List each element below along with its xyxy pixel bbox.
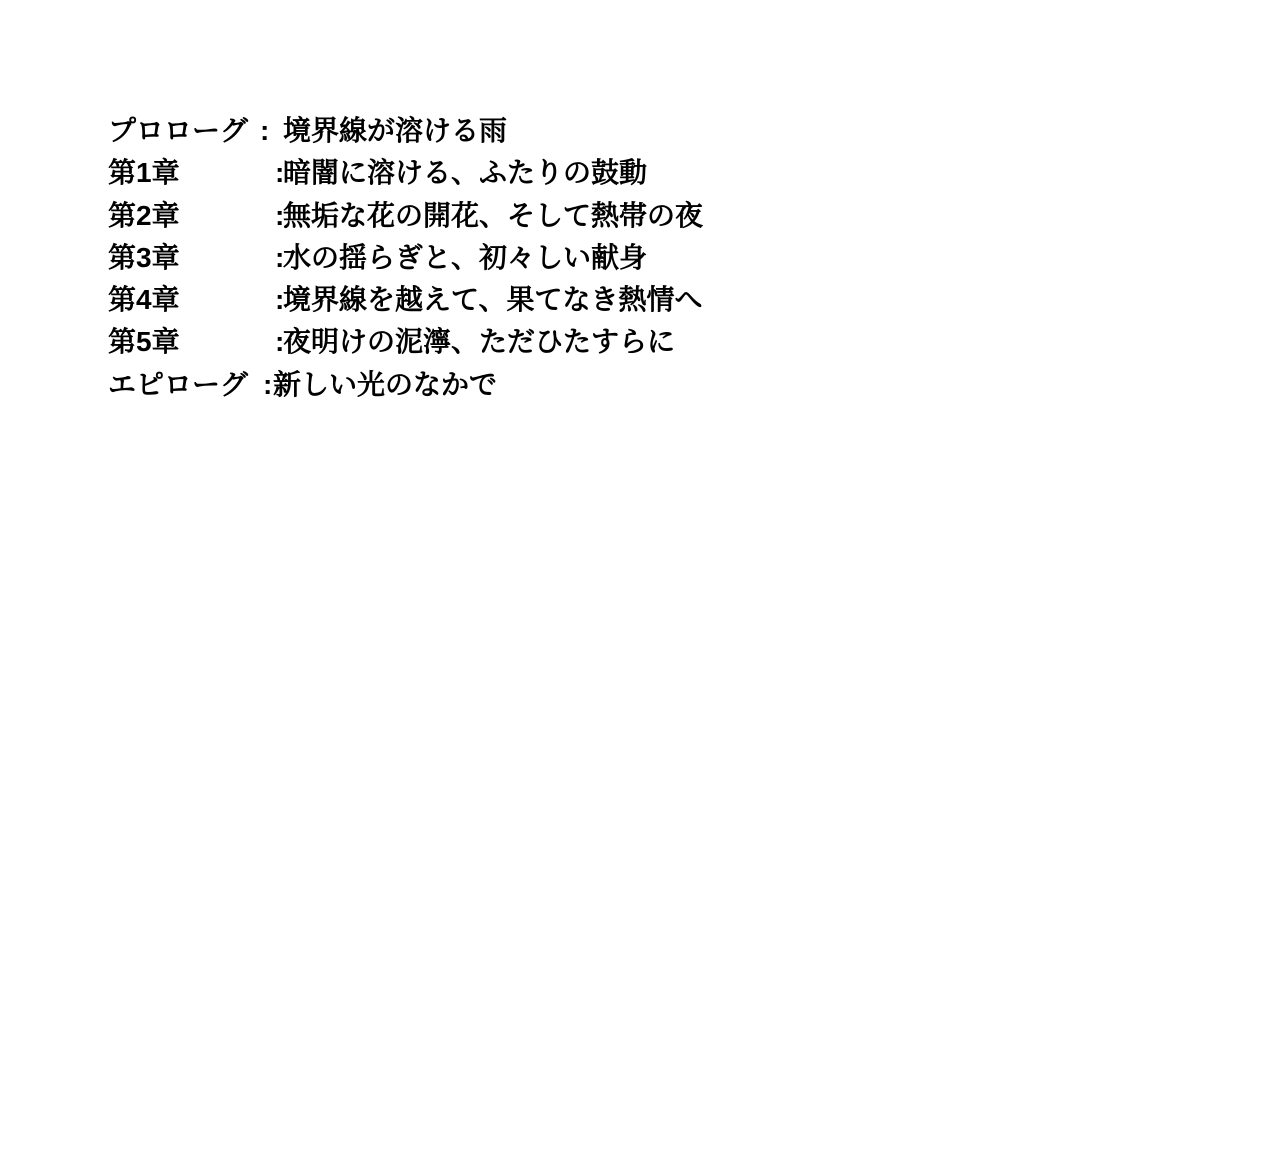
chapter-title: 境界線が溶ける雨 [283,110,507,152]
toc-entry-chapter-4: 第4章 : 境界線を越えて、果てなき熱情へ [108,279,768,321]
separator-colon: : [260,110,269,152]
toc-entry-chapter-2: 第2章 : 無垢な花の開花、そして熱帯の夜 [108,195,768,237]
toc-entry-prologue: プロローグ : 境界線が溶ける雨 [108,110,768,152]
toc-entry-chapter-3: 第3章 : 水の揺らぎと、初々しい献身 [108,237,768,279]
toc-entry-epilogue: エピローグ : 新しい光のなかで [108,364,768,406]
chapter-label: 第3章 [108,237,180,279]
chapter-title: 水の揺らぎと、初々しい献身 [283,237,647,279]
chapter-label: 第1章 [108,152,180,194]
chapter-title: 境界線を越えて、果てなき熱情へ [283,279,702,321]
document-page: プロローグ : 境界線が溶ける雨 第1章 : 暗闇に溶ける、ふたりの鼓動 第2章… [0,0,1282,1172]
chapter-title: 暗闇に溶ける、ふたりの鼓動 [283,152,647,194]
separator-colon: : [263,364,272,406]
toc-entry-chapter-1: 第1章 : 暗闇に溶ける、ふたりの鼓動 [108,152,768,194]
chapter-label: エピローグ [108,364,248,406]
chapter-title: 新しい光のなかで [273,364,497,406]
chapter-label: プロローグ [108,110,248,152]
chapter-label: 第4章 [108,279,180,321]
chapter-label: 第5章 [108,321,180,363]
chapter-label: 第2章 [108,195,180,237]
toc-entry-chapter-5: 第5章 : 夜明けの泥濘、ただひたすらに [108,321,768,363]
table-of-contents: プロローグ : 境界線が溶ける雨 第1章 : 暗闇に溶ける、ふたりの鼓動 第2章… [108,110,768,406]
chapter-title: 無垢な花の開花、そして熱帯の夜 [283,195,703,237]
chapter-title: 夜明けの泥濘、ただひたすらに [283,321,675,363]
